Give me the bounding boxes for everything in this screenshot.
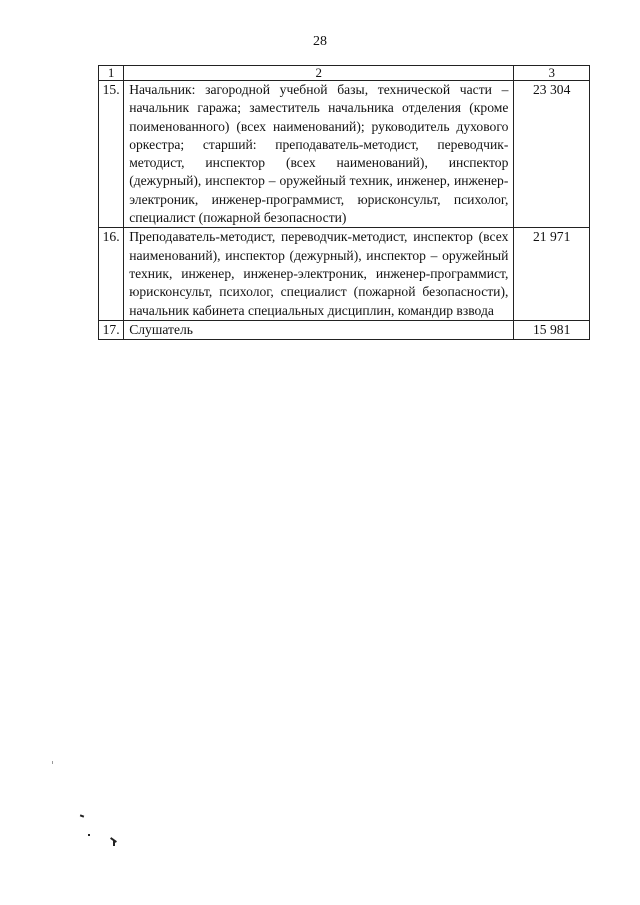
column-header-3: 3: [514, 66, 590, 81]
scan-speck: [52, 761, 53, 764]
scan-speck: [80, 814, 84, 817]
row-number: 16.: [99, 228, 124, 320]
table-header-row: 1 2 3: [99, 66, 590, 81]
row-value: 21 971: [514, 228, 590, 320]
scan-speck: [88, 834, 90, 836]
row-description: Начальник: загородной учебной базы, техн…: [124, 81, 514, 228]
row-number: 15.: [99, 81, 124, 228]
row-description: Преподаватель-методист, переводчик-метод…: [124, 228, 514, 320]
row-value: 23 304: [514, 81, 590, 228]
page-number: 28: [0, 34, 640, 50]
table-row: 17. Слушатель 15 981: [99, 320, 590, 339]
row-number: 17.: [99, 320, 124, 339]
row-description: Слушатель: [124, 320, 514, 339]
column-header-1: 1: [99, 66, 124, 81]
row-value: 15 981: [514, 320, 590, 339]
salary-table: 1 2 3 15. Начальник: загородной учебной …: [98, 65, 590, 340]
table-row: 16. Преподаватель-методист, переводчик-м…: [99, 228, 590, 320]
column-header-2: 2: [124, 66, 514, 81]
table-row: 15. Начальник: загородной учебной базы, …: [99, 81, 590, 228]
scan-speck: [113, 840, 115, 846]
